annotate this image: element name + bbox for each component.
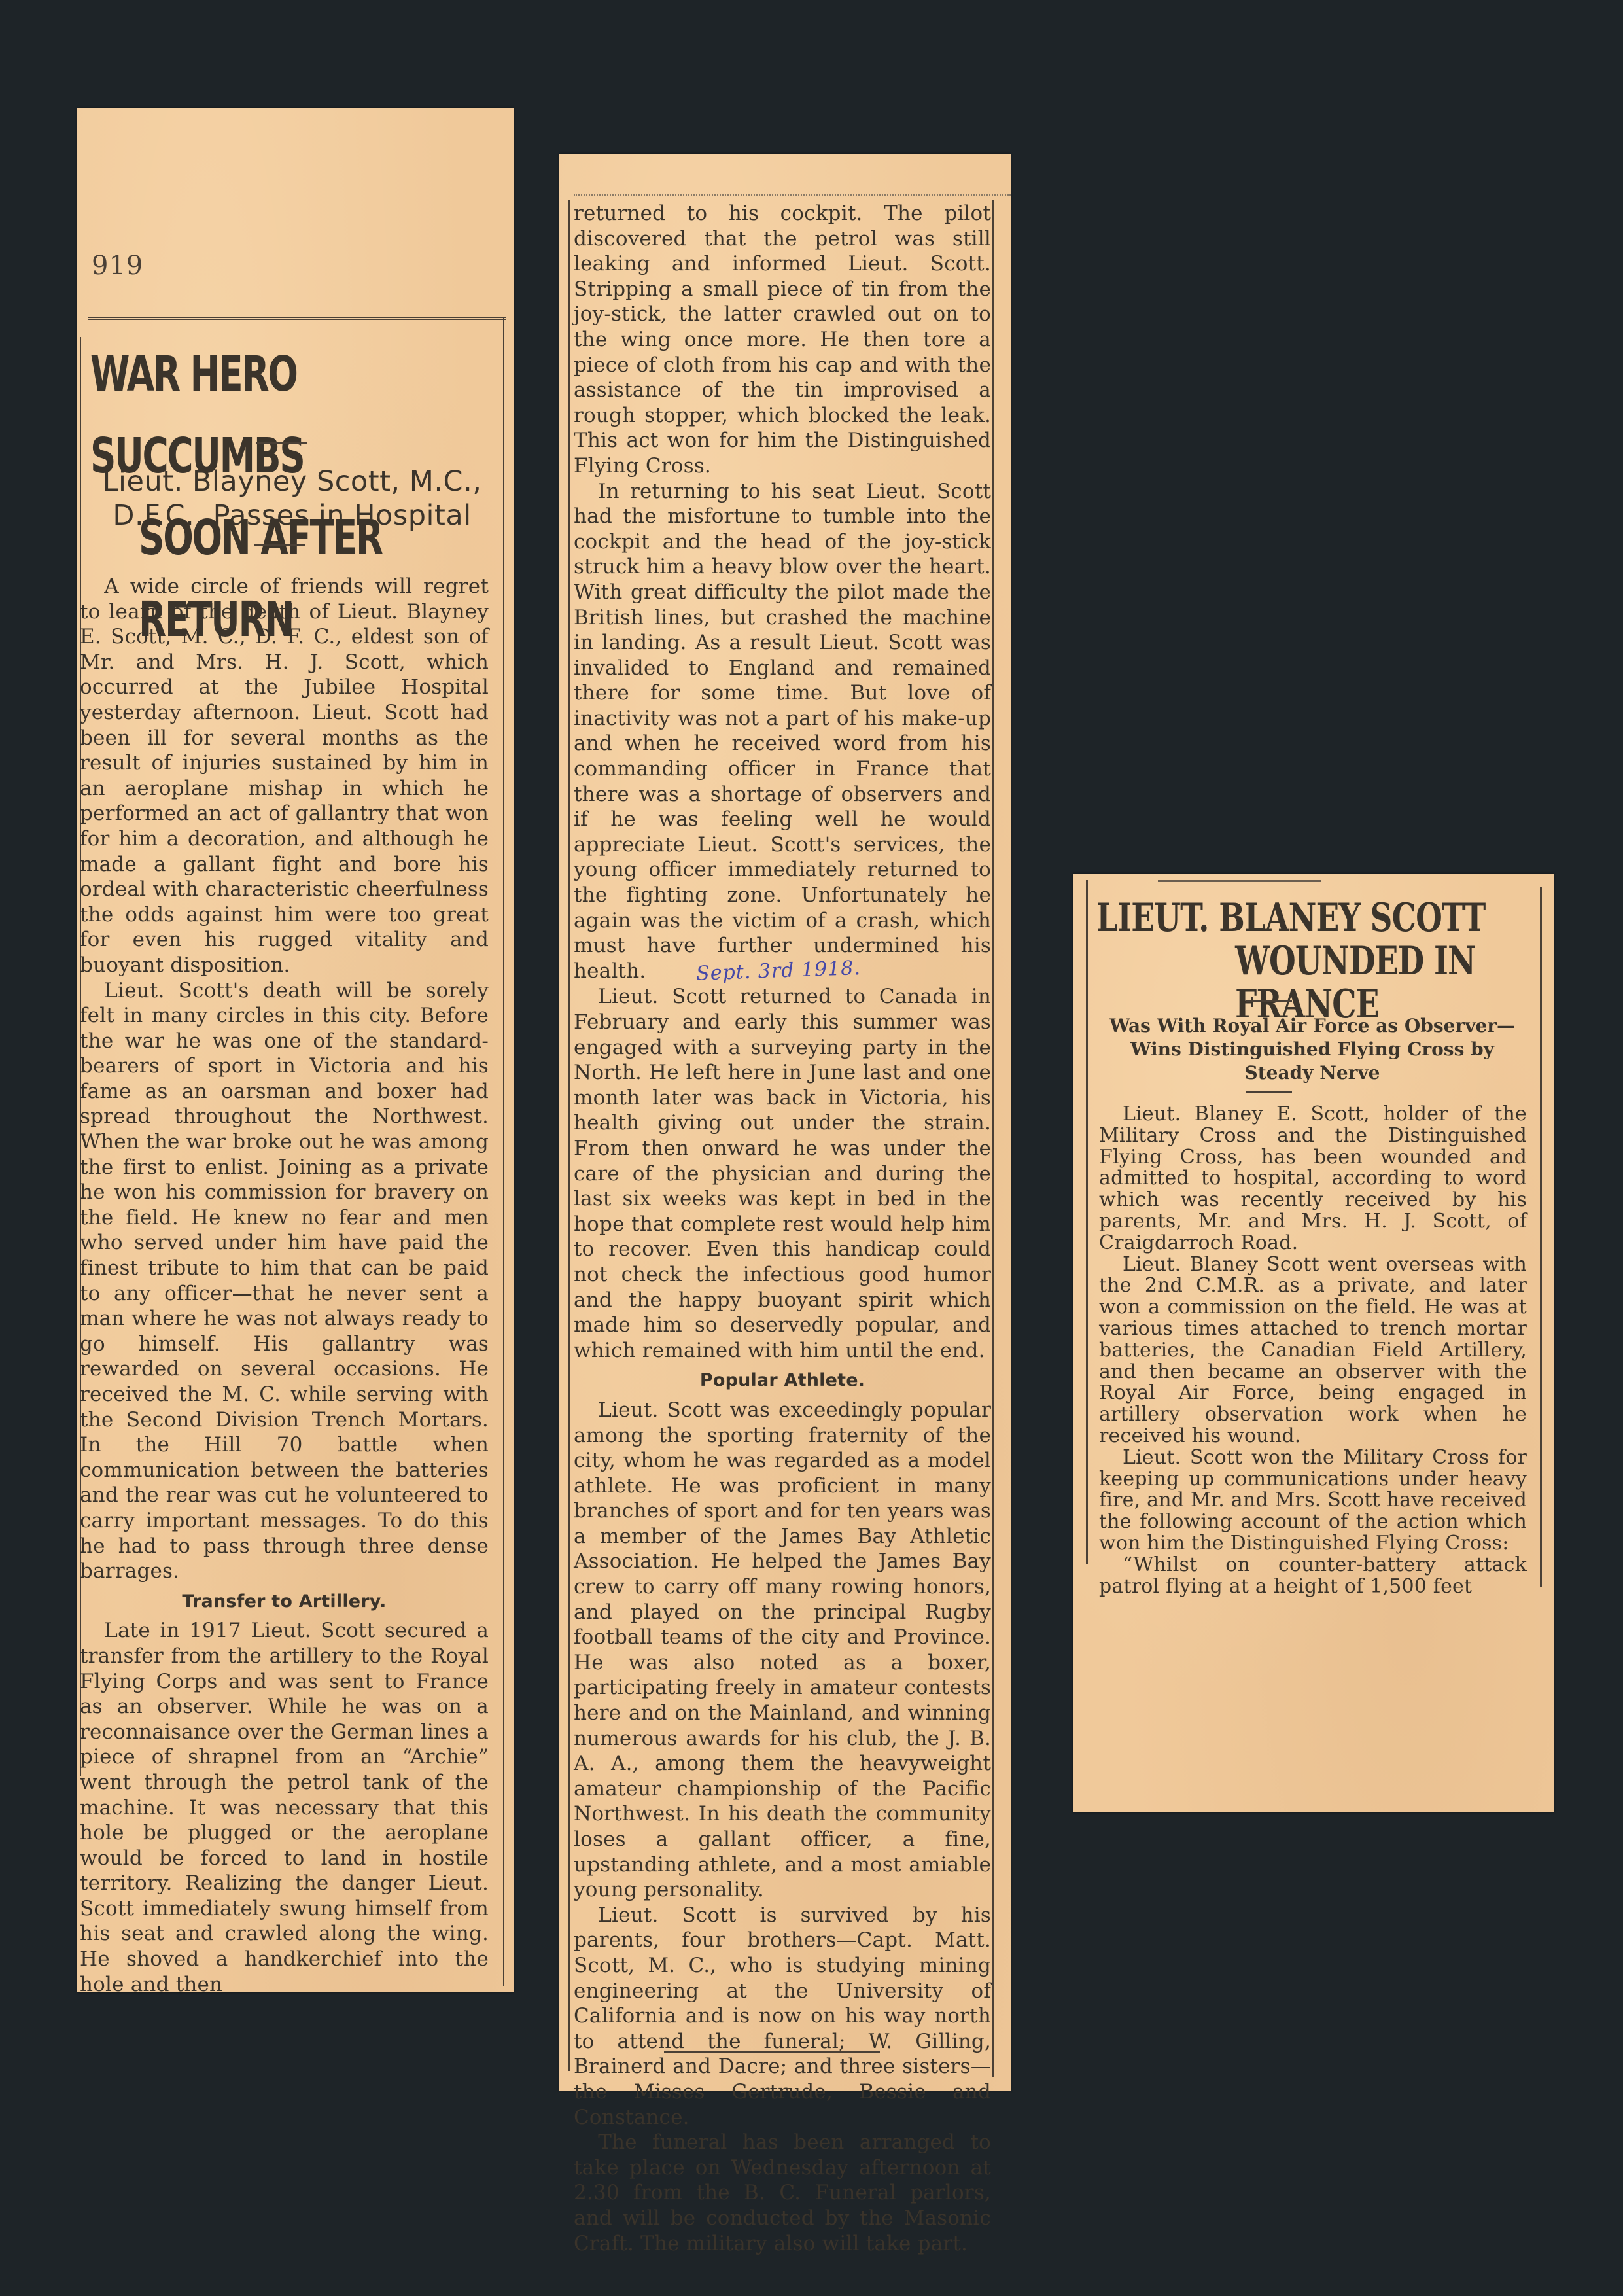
subheadline: Lieut. Blayney Scott, M.C., D.F.C., Pass… [84, 465, 500, 533]
paragraph: The funeral has been arranged to take pl… [574, 2130, 991, 2256]
paragraph: A wide circle of friends will regret to … [80, 574, 489, 978]
article-body: Lieut. Blaney E. Scott, holder of the Mi… [1099, 1104, 1527, 1597]
clipping-wounded-in-france: LIEUT. BLANEY SCOTT WOUNDED IN FRANCE Wa… [1073, 874, 1554, 1812]
handwritten-date: Sept. 3rd 1918. [672, 956, 862, 988]
column-rule-left [1086, 880, 1088, 1564]
headline: LIEUT. BLANEY SCOTT WOUNDED IN FRANCE [1096, 896, 1556, 1026]
page-number-stub: 919 [92, 251, 143, 281]
paragraph: Lieut. Blaney E. Scott, holder of the Mi… [1099, 1104, 1527, 1254]
paragraph: Late in 1917 Lieut. Scott secured a tran… [80, 1618, 489, 1997]
paragraph: Lieut. Scott returned to Canada in Febru… [574, 984, 991, 1363]
end-rule [664, 2051, 880, 2053]
paragraph: Lieut. Scott was exceedingly popular amo… [574, 1398, 991, 1903]
torn-edge [574, 194, 1011, 200]
paragraph: Lieut. Scott is survived by his parents,… [574, 1903, 991, 2130]
divider [1246, 1091, 1292, 1093]
clipping-war-hero-succumbs: 919 WAR HERO SUCCUMBS SOON AFTER RETURN … [77, 108, 514, 1992]
paragraph: “Whilst on counter-battery attack patrol… [1099, 1555, 1527, 1598]
column-rule [88, 317, 506, 323]
divider [254, 544, 305, 546]
headline-line-2: WOUNDED IN FRANCE [1096, 940, 1556, 1026]
paragraph: returned to his cockpit. The pilot disco… [574, 201, 991, 479]
headline-line-1: LIEUT. BLANEY SCOTT [1096, 896, 1556, 940]
column-rule-left [568, 200, 570, 2071]
subheadline: Was With Royal Air Force as Observer—Win… [1096, 1014, 1528, 1085]
paragraph-text: In returning to his seat Lieut. Scott ha… [574, 480, 991, 983]
paragraph: Lieut. Blaney Scott went overseas with t… [1099, 1254, 1527, 1447]
paragraph: Lieut. Scott won the Military Cross for … [1099, 1447, 1527, 1555]
clipping-continuation: returned to his cockpit. The pilot disco… [559, 154, 1011, 2091]
section-heading: Popular Athlete. [574, 1368, 991, 1394]
article-body: A wide circle of friends will regret to … [80, 574, 489, 1997]
scrapbook-page: { "page": { "background_color": "#1e2428… [0, 0, 1623, 2296]
column-rule [1158, 880, 1321, 882]
paragraph: In returning to his seat Lieut. Scott ha… [574, 479, 991, 985]
divider [1246, 1000, 1292, 1002]
section-heading: Transfer to Artillery. [80, 1589, 489, 1615]
divider [256, 442, 307, 444]
paragraph: Lieut. Scott's death will be sorely felt… [80, 978, 489, 1584]
column-rule-right [992, 200, 994, 2077]
article-body: returned to his cockpit. The pilot disco… [574, 201, 991, 2256]
